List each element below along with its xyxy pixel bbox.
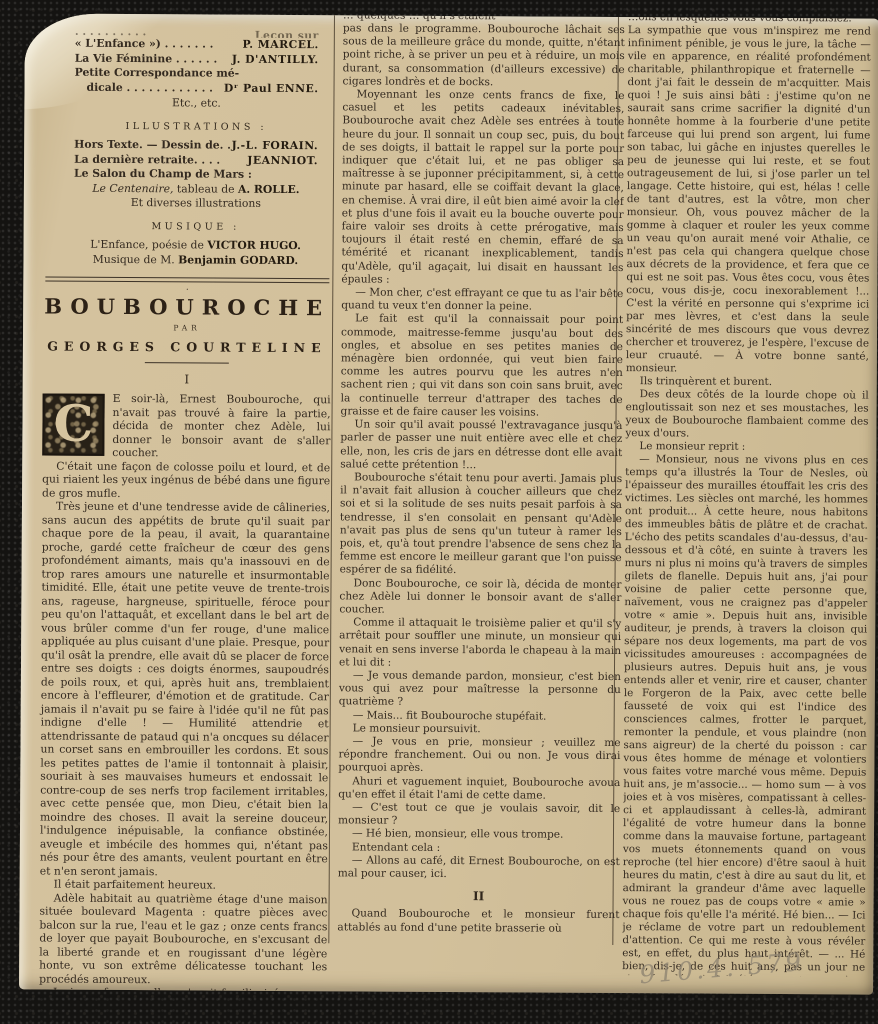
music-pre: Musique de M. xyxy=(93,252,178,266)
dialogue-paragraph: — Allons au café, dit Ernest Boubouroche… xyxy=(338,854,620,882)
photo-backdrop: · · · · · · · · · · Leçon sur « L'Enfanc… xyxy=(0,0,878,1024)
masthead-credit-row: La Vie Féminine . . . . . . J. D'ANTILLY… xyxy=(75,51,319,67)
dialogue-paragraph: — Monsieur, nous ne vivons plus en ces t… xyxy=(622,453,868,976)
music-pre: L'Enfance, poésie de xyxy=(90,238,207,252)
paragraph-text: E soir-là, Ernest Boubouroche, qui n'ava… xyxy=(112,392,330,459)
masthead-credit-row: « L'Enfance ») . . . . . . . P. MARCEL. xyxy=(75,37,319,53)
double-rule xyxy=(45,277,329,284)
dialogue-paragraph: — Hé bien, monsieur, elle vous trompe. xyxy=(338,828,620,843)
body-paragraph: Un soir qu'il avait poussé l'extravaganc… xyxy=(340,418,622,473)
illustration-name: JEANNIOT. xyxy=(247,153,318,168)
salon-line: Le Centenaire, tableau de A. ROLLE. xyxy=(74,181,318,197)
credit-label: · · · · · · · · · · xyxy=(75,28,146,38)
illustration-row: Le Salon du Champ de Mars : xyxy=(74,167,318,183)
section-heading-2: II xyxy=(338,890,620,905)
body-paragraph: Il était parfaitement heureux. xyxy=(40,878,328,893)
body-paragraph: Donc Boubouroche, ce soir là, décida de … xyxy=(339,577,621,618)
body-paragraph: Moyennant les onze cents francs de fixe,… xyxy=(341,88,624,288)
drop-cap-initial: C xyxy=(42,394,104,456)
masthead-credit-row: Petite Correspondance mé- xyxy=(75,66,319,82)
credit-label: dicale . . . . . . . . . . . . xyxy=(86,80,212,95)
body-paragraph: Boubouroche s'était tenu pour averti. Ja… xyxy=(340,471,623,578)
section-heading-1: I xyxy=(43,372,331,387)
music-name: Benjamin GODARD. xyxy=(178,253,298,267)
opening-paragraph: CE soir-là, Ernest Boubouroche, qui n'av… xyxy=(42,392,330,461)
body-paragraph: Le fait est qu'il la connaissait pour po… xyxy=(341,313,624,420)
illustration-row: Hors Texte. — Dessin de. . J.-L. FORAIN. xyxy=(74,138,318,154)
diverses-line: Et diverses illustrations xyxy=(74,196,318,212)
short-rule xyxy=(145,362,229,364)
credit-name: Dʳ Paul ENNE. xyxy=(224,81,319,96)
masthead-clipped-row: · · · · · · · · · · Leçon sur xyxy=(75,28,319,38)
author-name: GEORGES COURTELINE xyxy=(43,340,331,355)
body-paragraph: Comme il attaquait le troisième palier e… xyxy=(339,616,621,671)
music-line: Musique de M. Benjamin GODARD. xyxy=(73,252,317,268)
credit-label: « L'Enfance ») . . . . . . . xyxy=(75,37,214,52)
illustration-row: La dernière retraite. . . . JEANNIOT. xyxy=(74,152,318,168)
dialogue-paragraph: — Je vous demande pardon, monsieur, c'es… xyxy=(339,669,621,710)
illustrations-heading: ILLUSTRATIONS : xyxy=(74,119,318,135)
credit-label: La Vie Féminine . . . . . . xyxy=(75,51,218,66)
credit-label: Petite Correspondance mé- xyxy=(75,66,240,82)
body-paragraph: La sympathie que vous m'inspirez me rend… xyxy=(626,24,871,376)
musique-heading: MUSIQUE : xyxy=(74,219,318,235)
body-paragraph: C'était une façon de colosse poilu et lo… xyxy=(42,459,330,501)
music-line: L'Enfance, poésie de VICTOR HUGO. xyxy=(74,238,318,254)
dialogue-paragraph: — Mon cher, c'est effrayant ce que tu as… xyxy=(341,286,623,314)
illustration-name: J.-L. FORAIN. xyxy=(232,139,319,154)
masthead-credit-row: dicale . . . . . . . . . . . . Dʳ Paul E… xyxy=(74,80,318,96)
page-scan: · · · · · · · · · · Leçon sur « L'Enfanc… xyxy=(19,13,878,994)
body-paragraph: Très jeune et d'une tendresse avide de c… xyxy=(40,500,330,880)
salon-mid: tableau de xyxy=(173,182,238,195)
left-column-body: CE soir-là, Ernest Boubouroche, qui n'av… xyxy=(39,392,331,995)
body-paragraph: pas dans le programme. Boubouroche lâcha… xyxy=(343,22,625,90)
etc-line: Etc., etc. xyxy=(74,96,318,112)
middle-column: … quelques … qu'il s'étaient pas dans le… xyxy=(337,15,625,961)
illustration-label: Hors Texte. — Dessin de. . xyxy=(74,138,231,153)
illustration-label: Le Salon du Champ de Mars : xyxy=(74,167,252,183)
dialogue-paragraph: — C'est tout ce que je voulais savoir, d… xyxy=(338,801,620,829)
credit-name: P. MARCEL. xyxy=(242,38,318,53)
byline-par: PAR xyxy=(43,320,331,335)
right-column: …ons en lesquelles vous vous complaisiez… xyxy=(622,17,871,976)
left-column: · · · · · · · · · · Leçon sur « L'Enfanc… xyxy=(39,14,333,995)
illustration-label: La dernière retraite. . . . xyxy=(74,152,220,167)
body-paragraph: Des deux côtés de la lourde chope où il … xyxy=(625,388,868,441)
masthead-credits: · · · · · · · · · · Leçon sur « L'Enfanc… xyxy=(73,28,318,268)
music-name: VICTOR HUGO. xyxy=(207,239,301,253)
salon-work-title: Le Centenaire, xyxy=(92,181,173,194)
credit-name: J. D'ANTILLY. xyxy=(232,52,319,67)
body-paragraph: La jeune femme, elle, qu'avait familiari… xyxy=(39,986,327,995)
body-paragraph: Adèle habitait au quatrième étage d'une … xyxy=(39,891,328,987)
article-title: BOUBOUROCHE xyxy=(43,300,331,315)
body-paragraph: Ahuri et vaguement inquiet, Boubouroche … xyxy=(338,775,620,803)
credit-name: Leçon sur xyxy=(255,29,319,38)
dialogue-paragraph: — Je vous en prie, monsieur ; veuillez m… xyxy=(338,735,620,776)
body-paragraph: Quand Boubouroche et le monsieur furent … xyxy=(337,908,619,936)
salon-artist: A. ROLLE. xyxy=(238,182,300,195)
